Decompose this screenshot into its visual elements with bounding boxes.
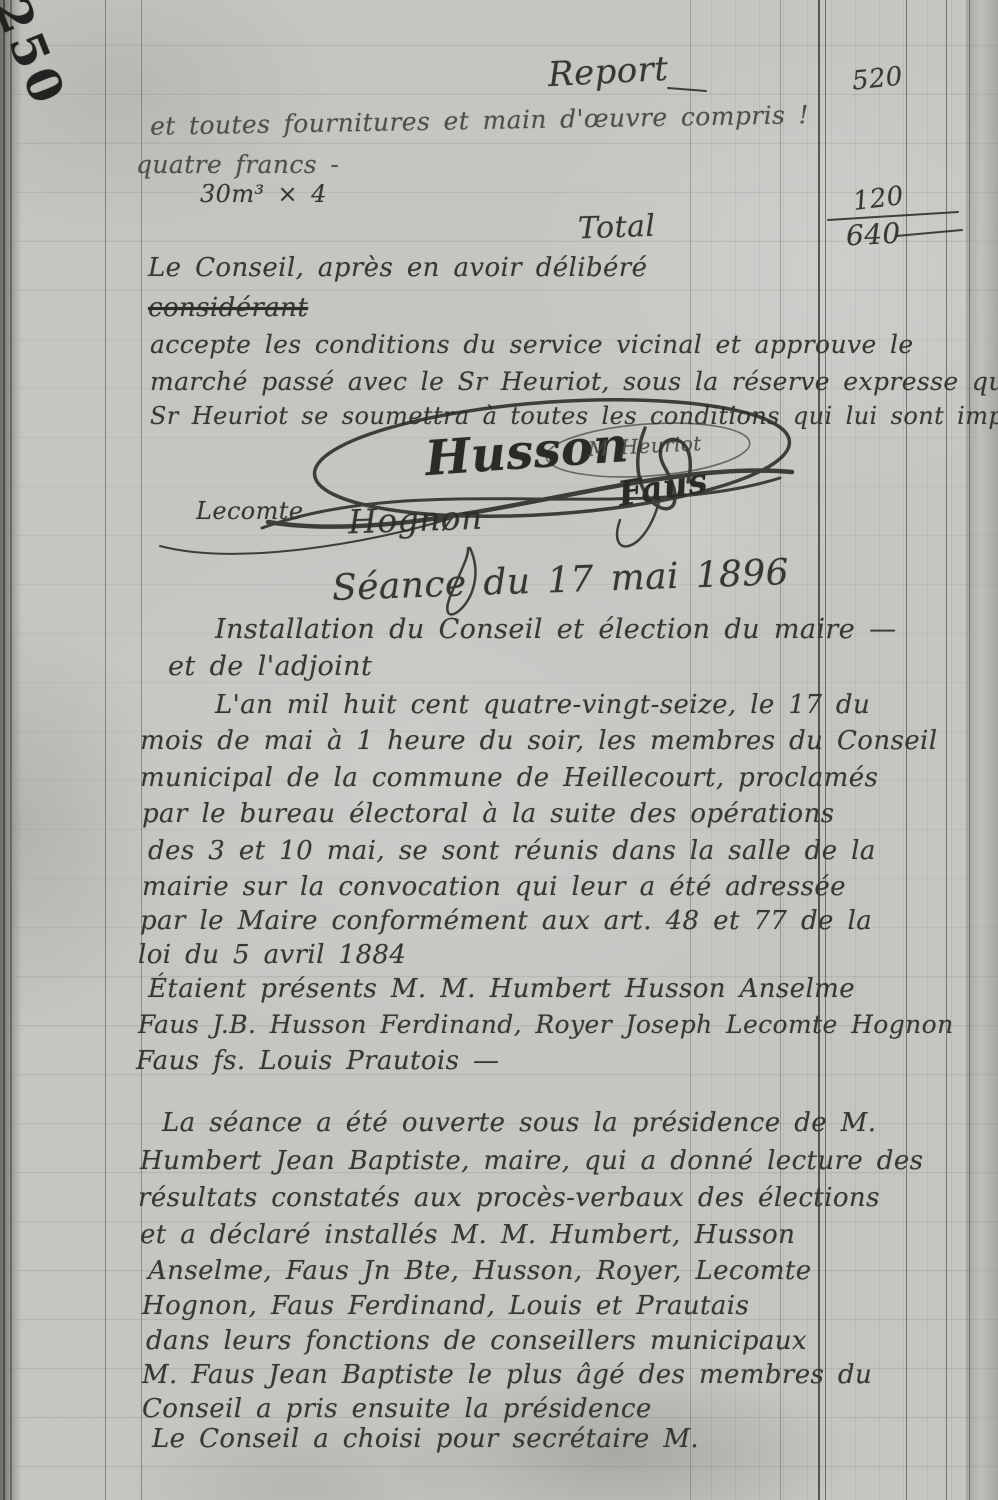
manuscript-line: marché passé avec le Sr Heuriot, sous la… [150,367,998,396]
manuscript-line: et de l'adjoint [168,651,372,682]
manuscript-line: Le Conseil a choisi pour secrétaire M. [152,1424,699,1454]
manuscript-line: Faus fs. Louis Prautois — [136,1046,499,1076]
manuscript-line: Le Conseil, après en avoir délibéré [148,253,647,283]
manuscript-line: dans leurs fonctions de conseillers muni… [146,1326,807,1356]
manuscript-line: résultats constatés aux procès-verbaux d… [138,1183,880,1213]
register-page-scan: 250 Report 520 et toutes fournitures et … [0,0,998,1500]
signature-hognon: Hognon [347,498,483,542]
manuscript-line: des 3 et 10 mai, se sont réunis dans la … [148,836,876,866]
manuscript-line: L'an mil huit cent quatre-vingt-seize, l… [215,690,870,720]
struck-word: considérant [148,293,308,323]
manuscript-line: par le bureau électoral à la suite des o… [142,799,835,829]
manuscript-line: mois de mai à 1 heure du soir, les membr… [140,726,937,756]
calculation-line: 30m³ × 4 [200,180,327,208]
total-amount: 640 [845,217,901,253]
binding-line [10,0,12,1500]
manuscript-line: Installation du Conseil et élection du m… [215,614,896,645]
binding-line [3,0,5,1500]
signature-lecomte: Lecomte [196,497,303,525]
total-label: Total [577,209,655,247]
manuscript-line: Hognon, Faus Ferdinand, Louis et Prautai… [142,1291,749,1321]
calculation-amount: 120 [851,181,905,217]
margin-rule-left-1 [105,0,106,1500]
amount-column-rule-d [946,0,947,1500]
manuscript-line: par le Maire conformément aux art. 48 et… [140,906,872,936]
manuscript-line: Anselme, Faus Jn Bte, Husson, Royer, Lec… [148,1256,812,1286]
report-amount: 520 [851,61,905,96]
manuscript-line: municipal de la commune de Heillecourt, … [140,763,878,793]
manuscript-line: Conseil a pris ensuite la présidence [142,1394,652,1424]
manuscript-line: accepte les conditions du service vicina… [150,330,914,359]
manuscript-line: mairie sur la convocation qui leur a été… [142,872,846,902]
manuscript-line: Faus J.B. Husson Ferdinand, Royer Joseph… [138,1010,954,1039]
page-right-edge [966,0,998,1500]
manuscript-line: La séance a été ouverte sous la présiden… [162,1108,876,1138]
manuscript-line: et a déclaré installés M. M. Humbert, Hu… [140,1220,795,1250]
manuscript-line: quatre francs - [136,150,339,179]
signature-heuriot-note: M Heuriot [587,431,702,461]
manuscript-line: Humbert Jean Baptiste, maire, qui a donn… [140,1146,923,1176]
report-label: Report [547,49,669,95]
manuscript-line: M. Faus Jean Baptiste le plus âgé des me… [142,1360,872,1390]
manuscript-line: Étaient présents M. M. Humbert Husson An… [148,974,855,1004]
manuscript-line: loi du 5 avril 1884 [138,940,406,970]
